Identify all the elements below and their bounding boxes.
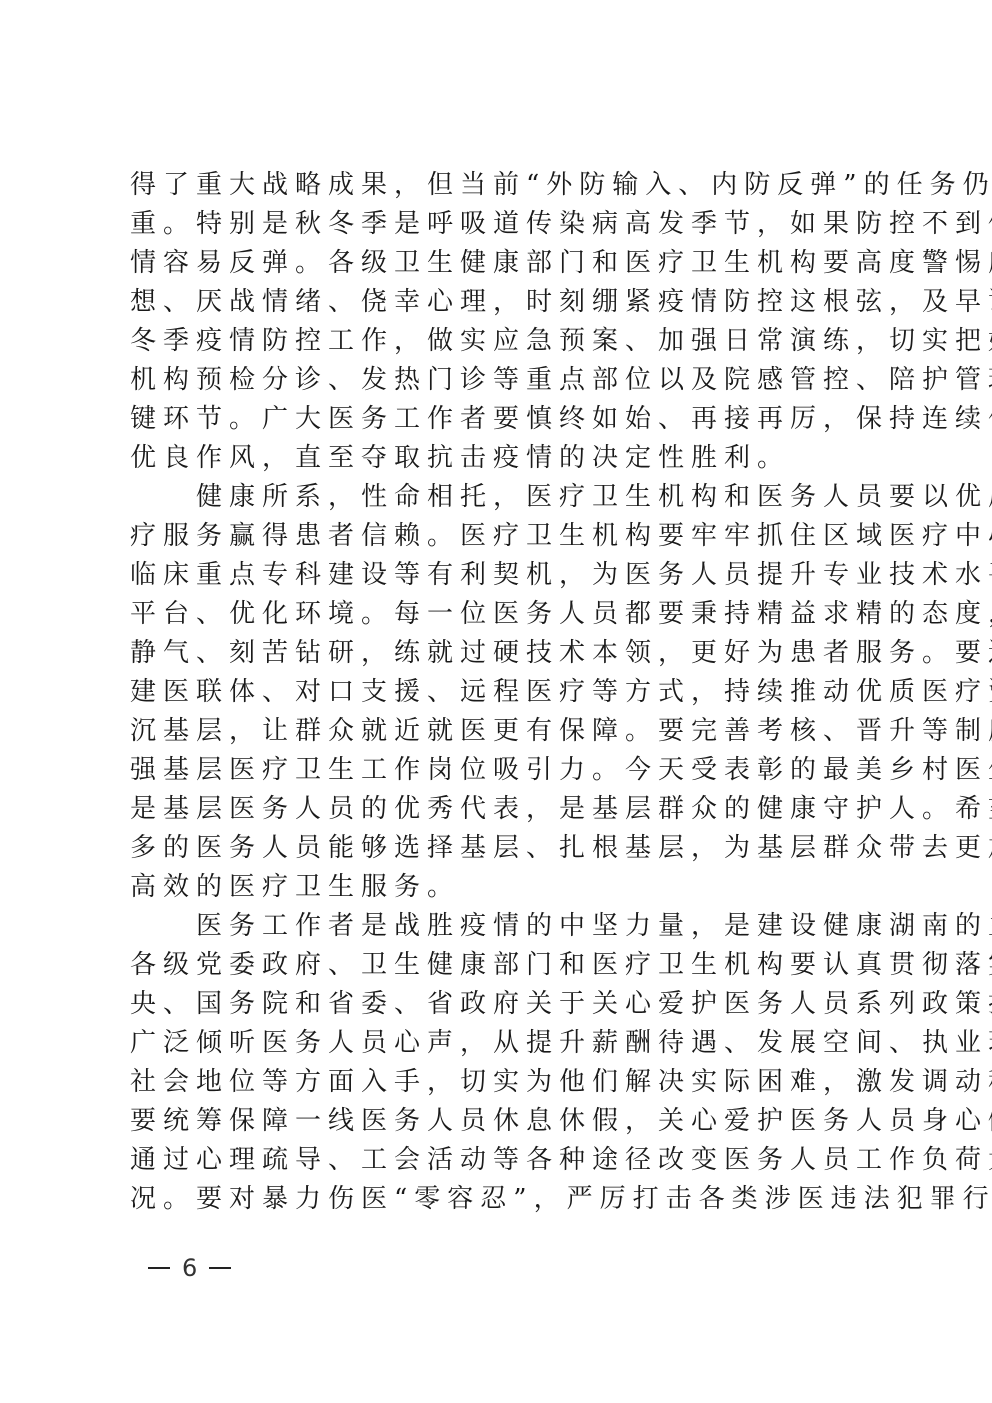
text-line: 健康所系，性命相托，医疗卫生机构和医务人员要以优质的医 [130,478,863,517]
text-line: 高效的医疗卫生服务。 [130,868,863,907]
text-line: 得了重大战略成果，但当前“外防输入、内防反弹”的任务仍然艰巨繁 [130,166,863,205]
body-text: 得了重大战略成果，但当前“外防输入、内防反弹”的任务仍然艰巨繁 重。特别是秋冬季… [130,166,863,1219]
text-line: 键环节。广大医务工作者要慎终如始、再接再厉，保持连续作战的 [130,400,863,439]
text-line: 多的医务人员能够选择基层、扎根基层，为基层群众带去更加优质 [130,829,863,868]
document-page: 得了重大战略成果，但当前“外防输入、内防反弹”的任务仍然艰巨繁 重。特别是秋冬季… [0,0,992,1403]
text-line: 想、厌战情绪、侥幸心理，时刻绷紧疫情防控这根弦，及早谋划秋 [130,283,863,322]
text-line: 要统筹保障一线医务人员休息休假，关心爱护医务人员身心健康， [130,1102,863,1141]
text-line: 情容易反弹。各级卫生健康部门和医疗卫生机构要高度警惕麻痹思 [130,244,863,283]
text-line: 强基层医疗卫生工作岗位吸引力。今天受表彰的最美乡村医生，都 [130,751,863,790]
text-line: 冬季疫情防控工作，做实应急预案、加强日常演练，切实把好医疗 [130,322,863,361]
page-number: 6 [148,1254,231,1282]
paragraph-2: 健康所系，性命相托，医疗卫生机构和医务人员要以优质的医 疗服务赢得患者信赖。医疗… [130,478,863,907]
text-line: 是基层医务人员的优秀代表，是基层群众的健康守护人。希望有更 [130,790,863,829]
page-number-dash-left [148,1267,170,1269]
text-line: 广泛倾听医务人员心声，从提升薪酬待遇、发展空间、执业环境、 [130,1024,863,1063]
page-number-dash-right [209,1267,231,1269]
text-line: 况。要对暴力伤医“零容忍”，严厉打击各类涉医违法犯罪行为，维护 [130,1180,863,1219]
page-number-value: 6 [182,1254,197,1282]
paragraph-1: 得了重大战略成果，但当前“外防输入、内防反弹”的任务仍然艰巨繁 重。特别是秋冬季… [130,166,863,478]
text-line: 社会地位等方面入手，切实为他们解决实际困难，激发调动积极性。 [130,1063,863,1102]
text-line: 机构预检分诊、发热门诊等重点部位以及院感管控、陪护管理等关 [130,361,863,400]
text-line: 央、国务院和省委、省政府关于关心爱护医务人员系列政策措施， [130,985,863,1024]
text-line: 各级党委政府、卫生健康部门和医疗卫生机构要认真贯彻落实党中 [130,946,863,985]
paragraph-3: 医务工作者是战胜疫情的中坚力量，是建设健康湖南的主力军。 各级党委政府、卫生健康… [130,907,863,1219]
text-line: 静气、刻苦钻研，练就过硬技术本领，更好为患者服务。要通过组 [130,634,863,673]
text-line: 通过心理疏导、工会活动等各种途径改变医务人员工作负荷大的状 [130,1141,863,1180]
text-line: 沉基层，让群众就近就医更有保障。要完善考核、晋升等制度，增 [130,712,863,751]
text-line: 疗服务赢得患者信赖。医疗卫生机构要牢牢抓住区域医疗中心建设、 [130,517,863,556]
text-line: 建医联体、对口支援、远程医疗等方式，持续推动优质医疗资源下 [130,673,863,712]
text-line: 医务工作者是战胜疫情的中坚力量，是建设健康湖南的主力军。 [130,907,863,946]
text-line: 临床重点专科建设等有利契机，为医务人员提升专业技术水平搭建 [130,556,863,595]
text-line: 平台、优化环境。每一位医务人员都要秉持精益求精的态度，沉心 [130,595,863,634]
text-line: 优良作风，直至夺取抗击疫情的决定性胜利。 [130,439,863,478]
text-line: 重。特别是秋冬季是呼吸道传染病高发季节，如果防控不到位，疫 [130,205,863,244]
